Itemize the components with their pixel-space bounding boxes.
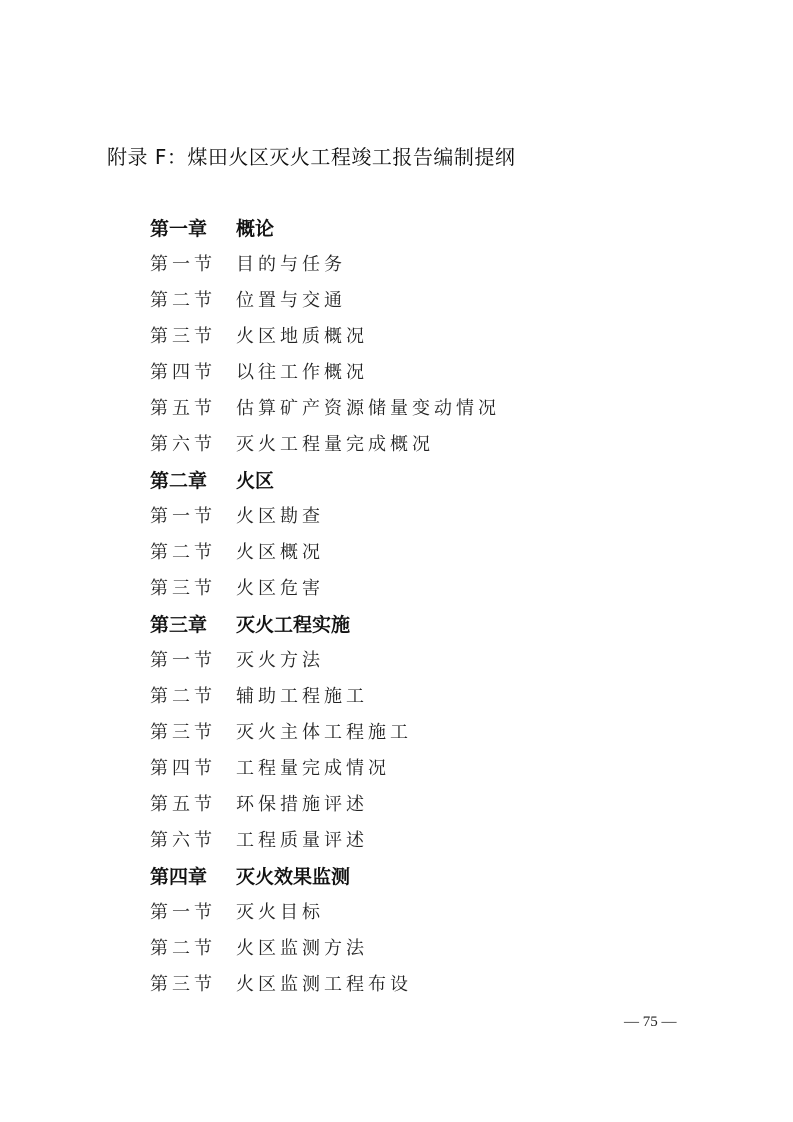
section-number: 第二节 (150, 679, 236, 715)
section-title: 火区地质概况 (236, 319, 368, 355)
chapter-heading: 第二章火区 (150, 463, 710, 499)
section-title: 工程量完成情况 (236, 751, 390, 787)
page-number: — 75 — (624, 1014, 677, 1031)
section-number: 第三节 (150, 571, 236, 607)
section-number: 第三节 (150, 319, 236, 355)
section-number: 第二节 (150, 931, 236, 967)
section-heading: 第四节工程量完成情况 (150, 751, 710, 787)
section-heading: 第五节环保措施评述 (150, 787, 710, 823)
section-number: 第五节 (150, 787, 236, 823)
outline-list: 第一章概论第一节目的与任务第二节位置与交通第三节火区地质概况第四节以往工作概况第… (150, 211, 710, 1003)
section-title: 灭火主体工程施工 (236, 715, 412, 751)
chapter-title: 火区 (236, 463, 274, 499)
section-number: 第一节 (150, 643, 236, 679)
section-title: 灭火方法 (236, 643, 324, 679)
chapter-number: 第四章 (150, 859, 236, 895)
section-number: 第二节 (150, 535, 236, 571)
section-number: 第一节 (150, 247, 236, 283)
chapter-heading: 第四章灭火效果监测 (150, 859, 710, 895)
section-title: 灭火工程量完成概况 (236, 427, 434, 463)
section-title: 估算矿产资源储量变动情况 (236, 391, 500, 427)
section-title: 火区监测工程布设 (236, 967, 412, 1003)
section-heading: 第三节火区危害 (150, 571, 710, 607)
chapter-number: 第三章 (150, 607, 236, 643)
section-heading: 第一节火区勘查 (150, 499, 710, 535)
section-heading: 第一节目的与任务 (150, 247, 710, 283)
chapter-title: 灭火效果监测 (236, 859, 350, 895)
section-number: 第一节 (150, 499, 236, 535)
section-number: 第六节 (150, 823, 236, 859)
section-heading: 第一节灭火方法 (150, 643, 710, 679)
section-heading: 第二节火区概况 (150, 535, 710, 571)
section-heading: 第二节火区监测方法 (150, 931, 710, 967)
section-title: 灭火目标 (236, 895, 324, 931)
section-title: 火区勘查 (236, 499, 324, 535)
section-number: 第六节 (150, 427, 236, 463)
section-number: 第五节 (150, 391, 236, 427)
chapter-title: 概论 (236, 211, 274, 247)
page-title: 附录 F：煤田火区灭火工程竣工报告编制提纲 (107, 144, 515, 170)
section-heading: 第六节工程质量评述 (150, 823, 710, 859)
section-title: 目的与任务 (236, 247, 346, 283)
section-title: 火区危害 (236, 571, 324, 607)
section-heading: 第三节火区地质概况 (150, 319, 710, 355)
section-heading: 第二节辅助工程施工 (150, 679, 710, 715)
section-number: 第四节 (150, 355, 236, 391)
section-heading: 第一节灭火目标 (150, 895, 710, 931)
chapter-title: 灭火工程实施 (236, 607, 350, 643)
chapter-number: 第二章 (150, 463, 236, 499)
section-number: 第四节 (150, 751, 236, 787)
section-number: 第一节 (150, 895, 236, 931)
section-heading: 第六节灭火工程量完成概况 (150, 427, 710, 463)
section-heading: 第五节估算矿产资源储量变动情况 (150, 391, 710, 427)
section-title: 以往工作概况 (236, 355, 368, 391)
chapter-heading: 第三章灭火工程实施 (150, 607, 710, 643)
section-heading: 第三节火区监测工程布设 (150, 967, 710, 1003)
section-title: 辅助工程施工 (236, 679, 368, 715)
section-title: 环保措施评述 (236, 787, 368, 823)
section-title: 位置与交通 (236, 283, 346, 319)
section-title: 火区概况 (236, 535, 324, 571)
chapter-number: 第一章 (150, 211, 236, 247)
section-number: 第二节 (150, 283, 236, 319)
chapter-heading: 第一章概论 (150, 211, 710, 247)
section-title: 工程质量评述 (236, 823, 368, 859)
section-heading: 第三节灭火主体工程施工 (150, 715, 710, 751)
section-title: 火区监测方法 (236, 931, 368, 967)
section-number: 第三节 (150, 715, 236, 751)
section-heading: 第四节以往工作概况 (150, 355, 710, 391)
section-heading: 第二节位置与交通 (150, 283, 710, 319)
section-number: 第三节 (150, 967, 236, 1003)
